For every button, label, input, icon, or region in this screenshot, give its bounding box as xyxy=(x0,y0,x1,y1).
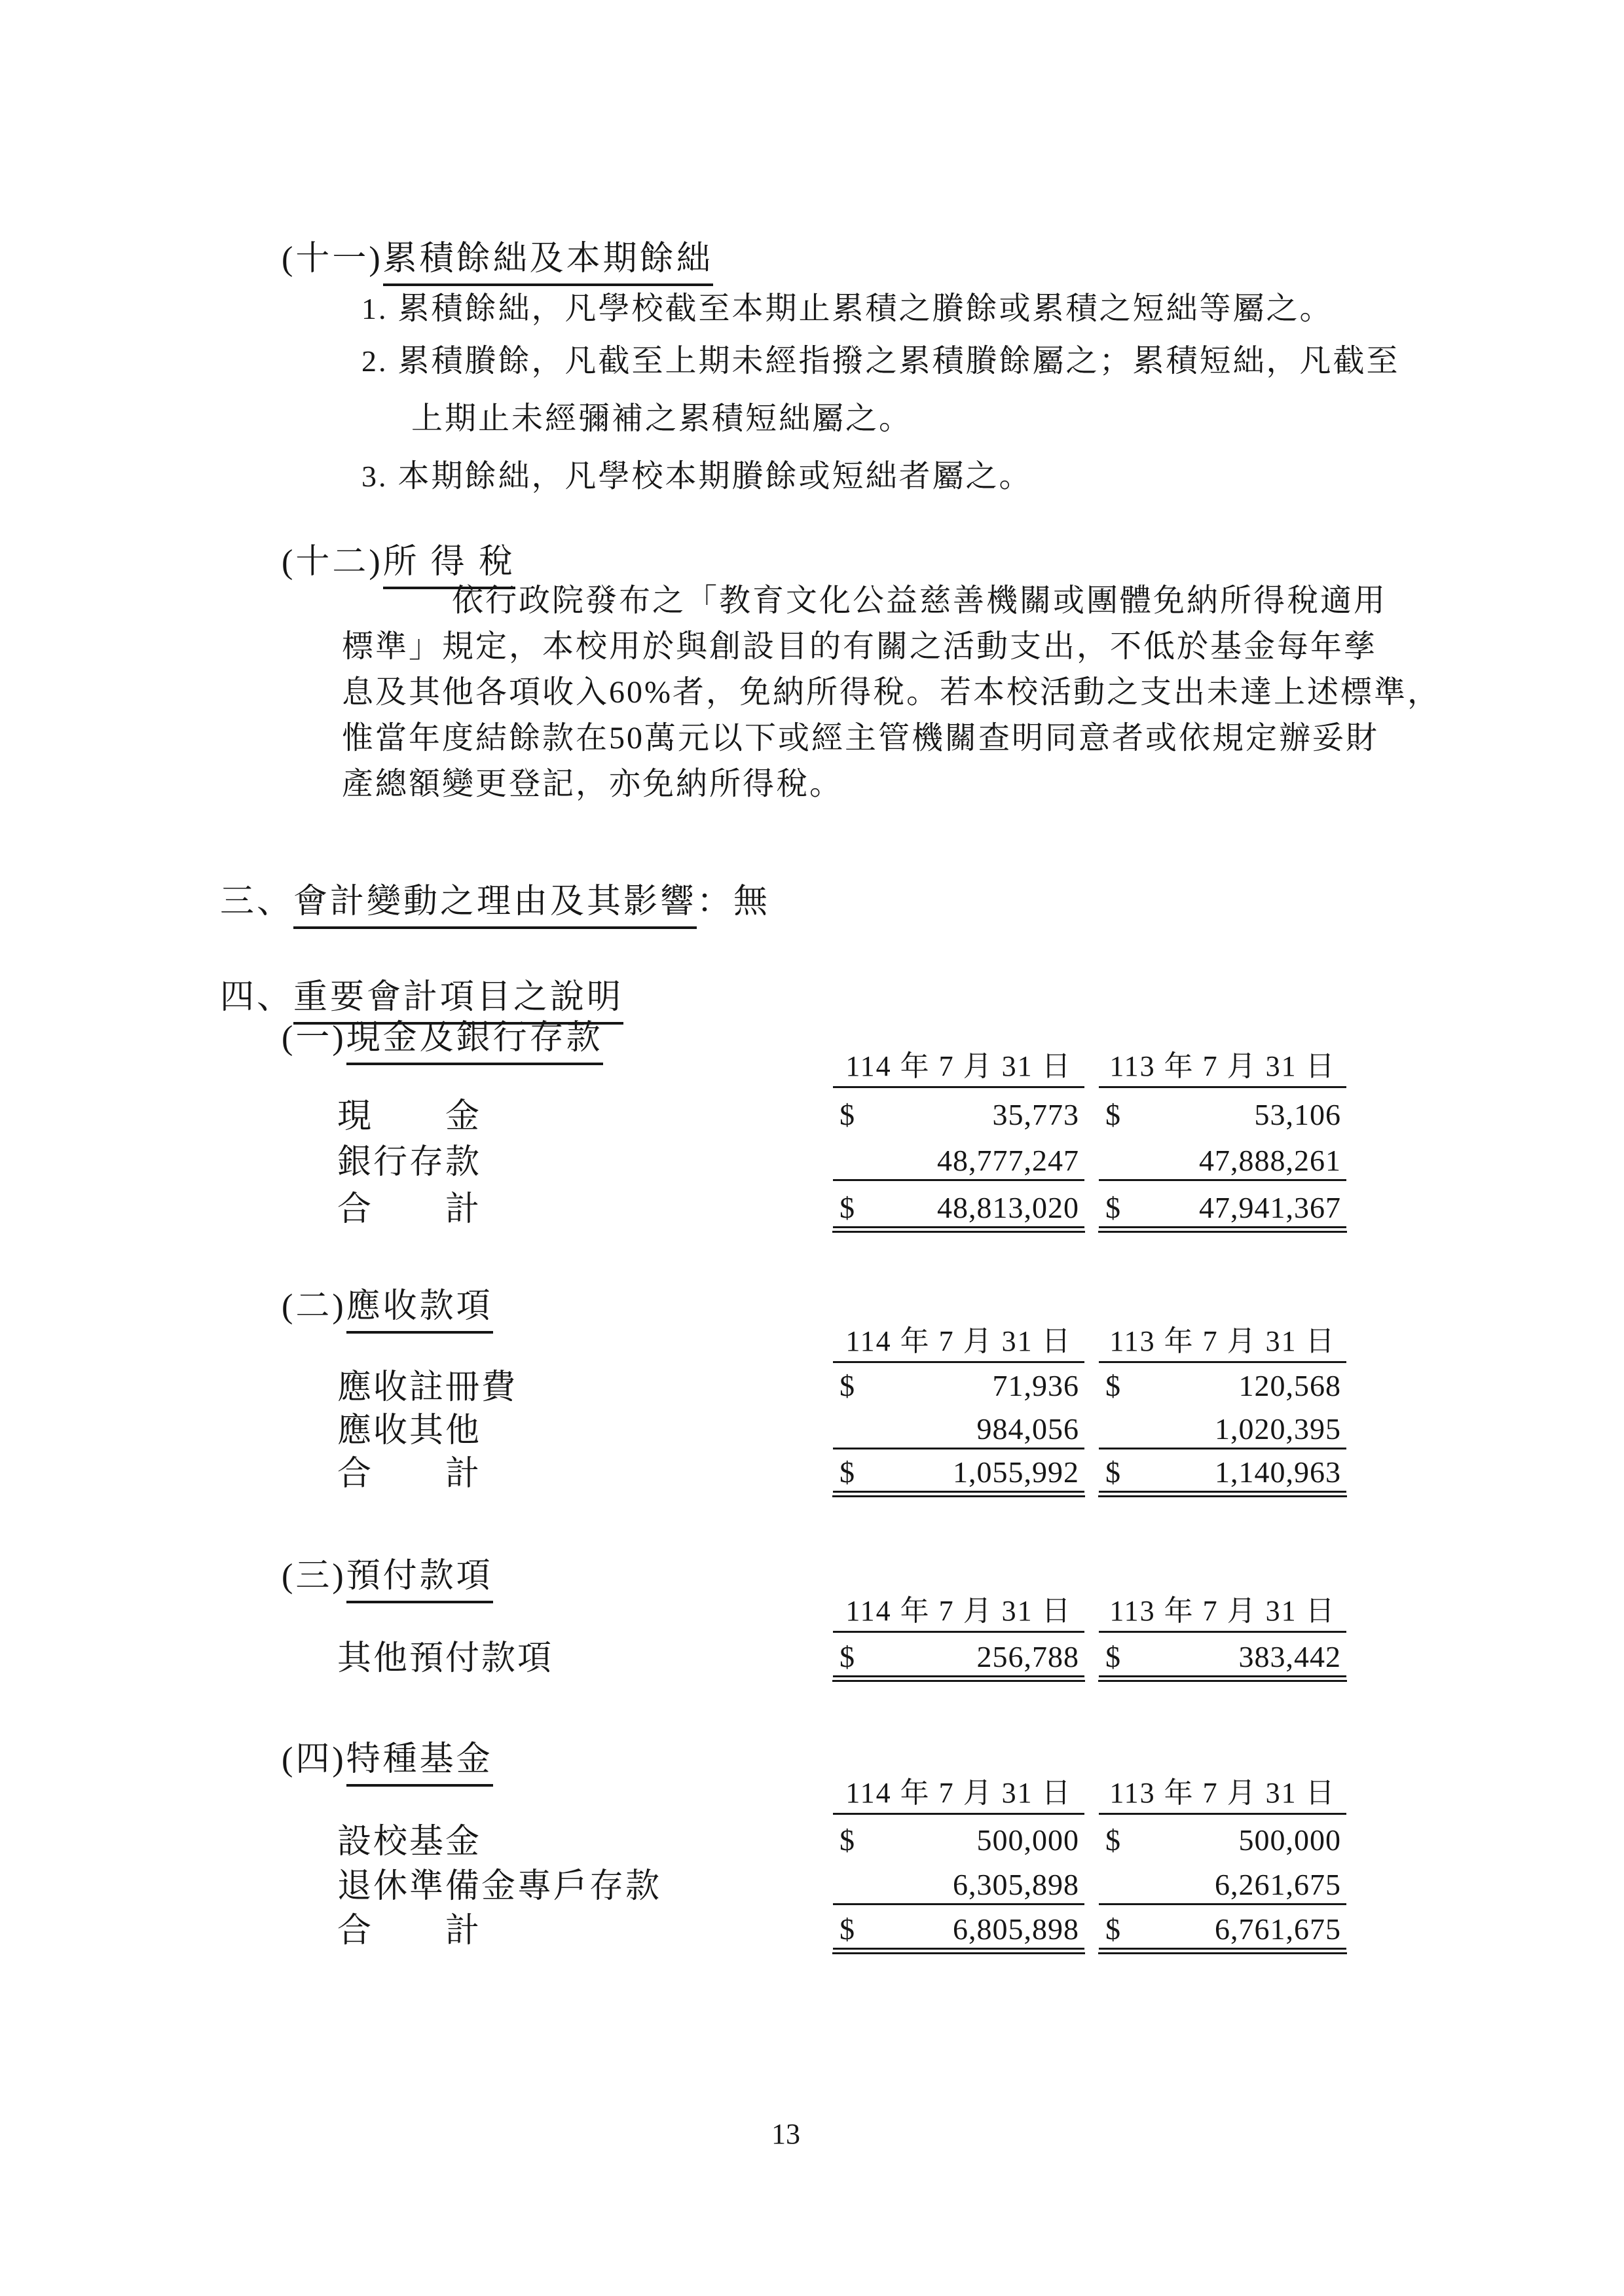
table-4-total-col2: $6,761,675 xyxy=(1099,1912,1346,1950)
table-4-heading: (四)特種基金 xyxy=(282,1731,493,1780)
table-4-row-1-label: 設校基金 xyxy=(337,1824,481,1861)
table-4-row-1-value-2: 500,000 xyxy=(1239,1823,1342,1858)
scanned-financial-notes-page: (十一)累積餘絀及本期餘絀 1. 累積餘絀，凡學校截至本期止累積之賸餘或累積之短… xyxy=(0,0,1624,2296)
table-4-total-value-2: 6,761,675 xyxy=(1215,1912,1341,1947)
table-4-total-value-1: 6,805,898 xyxy=(953,1912,1079,1947)
table-4-col1-header: 114 年 7 月 31 日 xyxy=(833,1777,1084,1815)
dollar-sign: $ xyxy=(840,1912,855,1947)
table-4-row-2-label: 退休準備金專戶存款 xyxy=(337,1868,661,1905)
table-4-row-1-value-1: 500,000 xyxy=(977,1823,1080,1858)
table-4-row-1-col2: $500,000 xyxy=(1099,1823,1346,1861)
page-number: 13 xyxy=(766,2117,805,2151)
table-4-row-1-col1: $500,000 xyxy=(833,1823,1084,1861)
table-special-funds: (四)特種基金 114 年 7 月 31 日 113 年 7 月 31 日 設校… xyxy=(0,0,1624,2296)
dollar-sign: $ xyxy=(840,1823,855,1858)
table-4-prefix: (四) xyxy=(282,1741,346,1778)
table-4-col2-header: 113 年 7 月 31 日 xyxy=(1099,1777,1346,1815)
dollar-sign: $ xyxy=(1105,1823,1120,1858)
table-4-total-label: 合 計 xyxy=(337,1913,481,1950)
table-4-row-2-col1: 6,305,898 xyxy=(833,1867,1084,1905)
table-4-total-col1: $6,805,898 xyxy=(833,1912,1084,1950)
dollar-sign: $ xyxy=(1105,1912,1120,1947)
table-4-row-2-col2: 6,261,675 xyxy=(1099,1867,1346,1905)
table-4-row-2-value-1: 6,305,898 xyxy=(953,1867,1079,1903)
table-4-row-2-value-2: 6,261,675 xyxy=(1215,1867,1341,1903)
table-4-title: 特種基金 xyxy=(346,1741,493,1787)
